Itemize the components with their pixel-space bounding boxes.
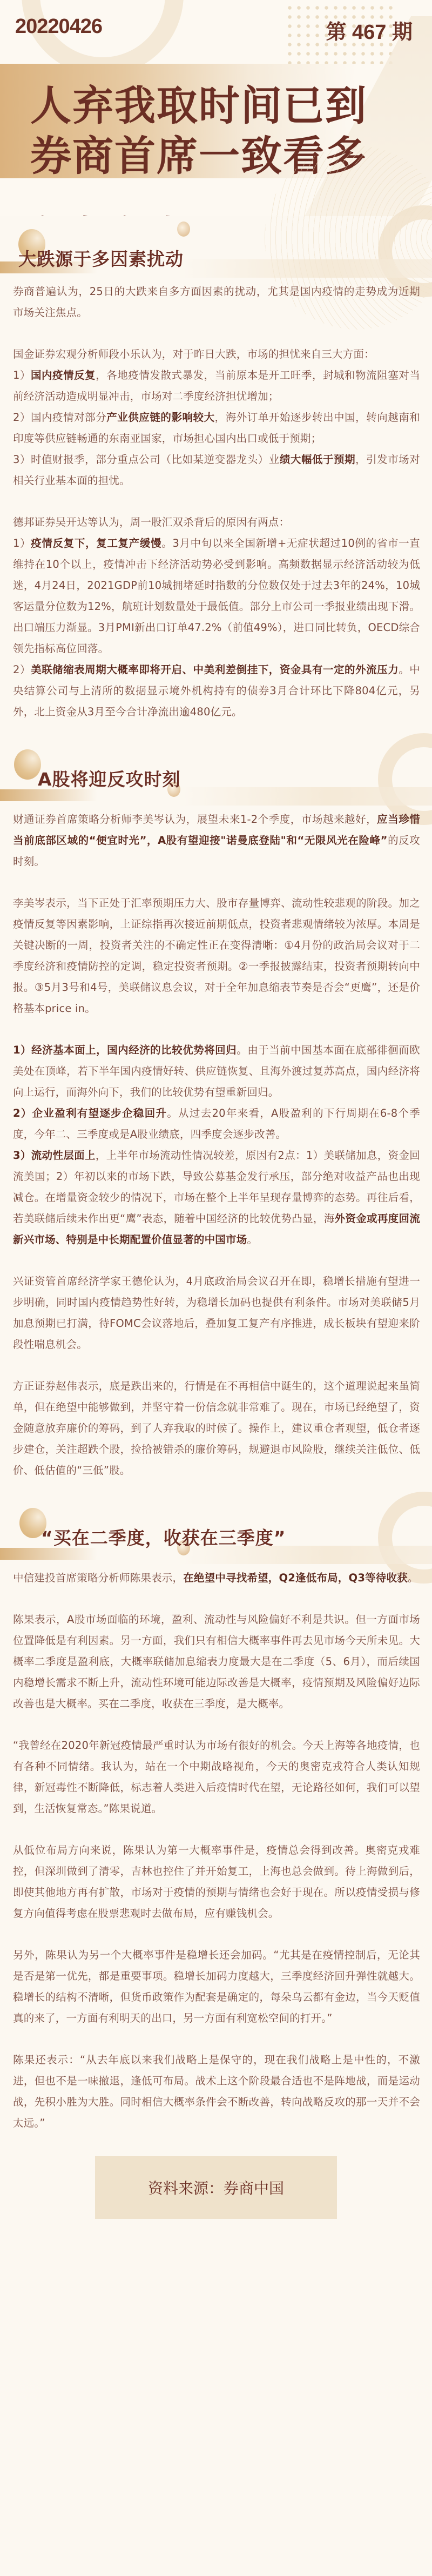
section-heading-block: 大跌源于多因素扰动 bbox=[0, 216, 432, 281]
paragraph: 陈果表示，A股市场面临的环境，盈利、流动性与风险偏好不利是共识。但一方面市场位置… bbox=[13, 1609, 420, 1714]
small-gold-ball-icon bbox=[177, 222, 190, 237]
article-page: 20220426 第 467 期 人弃我取时间已到 券商首席一致看多 有资有未 … bbox=[0, 0, 432, 2576]
source-attribution: 资料来源：券商中国 bbox=[95, 2156, 337, 2219]
issue-date: 20220426 bbox=[15, 15, 102, 38]
paragraph: “我曾经在2020年新冠疫情最严重时认为市场有很好的机会。今天上海等各地疫情，也… bbox=[13, 1735, 420, 1819]
section-content: 券商普遍认为，25日的大跌来自多方面因素的扰动，尤其是国内疫情的走势成为近期市场… bbox=[0, 281, 432, 722]
decorative-bar bbox=[178, 787, 432, 806]
paragraph: 国金证券宏观分析师段小乐认为，对于昨日大跌，市场的担忧来自三大方面：1）国内疫情… bbox=[13, 344, 420, 491]
gold-accent-bar bbox=[0, 1548, 97, 1560]
footer: 资料来源：券商中国 bbox=[0, 2134, 432, 2251]
paragraph: 1）经济基本面上，国内经济的比较优势将回归。由于当前中国基本面在底部徘徊而欧美处… bbox=[13, 1039, 420, 1250]
paragraph: 从低位布局方向来说，陈果认为第一大概率事件是，疫情总会得到改善。奥密克戎难控，但… bbox=[13, 1840, 420, 1924]
gold-accent-bar bbox=[0, 789, 97, 801]
paragraph: 方正证券赵伟表示，底是跌出来的，行情是在不再相信中诞生的，这个道理说起来虽简单，… bbox=[13, 1376, 420, 1481]
paragraph: 财通证券首席策略分析师李美岑认为，展望未来1-2个季度，市场越来越好，应当珍惜当… bbox=[13, 809, 420, 872]
section-heading: A股将迎反攻时刻 bbox=[38, 766, 181, 791]
column-name: 有资有未 bbox=[30, 207, 194, 216]
section-heading-block: “买在二季度，收获在三季度” bbox=[0, 1502, 432, 1567]
section-heading: “买在二季度，收获在三季度” bbox=[41, 1524, 286, 1549]
decorative-bar bbox=[178, 259, 432, 278]
section-heading-block: A股将迎反攻时刻 bbox=[0, 744, 432, 809]
section-content: 财通证券首席策略分析师李美岑认为，展望未来1-2个季度，市场越来越好，应当珍惜当… bbox=[0, 809, 432, 1481]
paragraph: 中信建投首席策略分析师陈果表示，在绝望中寻找希望，Q2逢低布局，Q3等待收获。 bbox=[13, 1567, 420, 1588]
paragraph: 李美岑表示，当下正处于汇率预期压力大、股市存量博弈、流动性较悲观的阶段。加之疫情… bbox=[13, 893, 420, 1019]
paragraph: 德邦证券吴开达等认为，周一股汇双杀背后的原因有两点：1）疫情反复下，复工复产缓慢… bbox=[13, 512, 420, 722]
section-1: 大跌源于多因素扰动 券商普遍认为，25日的大跌来自多方面因素的扰动，尤其是国内疫… bbox=[0, 216, 432, 722]
paragraph: 券商普遍认为，25日的大跌来自多方面因素的扰动，尤其是国内疫情的走势成为近期市场… bbox=[13, 281, 420, 323]
section-2: A股将迎反攻时刻 财通证券首席策略分析师李美岑认为，展望未来1-2个季度，市场越… bbox=[0, 744, 432, 1481]
section-content: 中信建投首席策略分析师陈果表示，在绝望中寻找希望，Q2逢低布局，Q3等待收获。 … bbox=[0, 1567, 432, 2134]
issue-number: 第 467 期 bbox=[326, 15, 413, 45]
paragraph: 另外，陈果认为另一个大概率事件是稳增长还会加码。“尤其是在疫情控制后，无论其是否… bbox=[13, 1944, 420, 2029]
gold-ball-icon bbox=[14, 749, 41, 780]
paragraph: 陈果还表示：“从去年底以来我们战略上是保守的，现在我们战略上是中性的，不激进，但… bbox=[13, 2049, 420, 2134]
paragraph: 兴证资管首席经济学家王德伦认为，4月底政治局会议召开在即，稳增长措施有望进一步明… bbox=[13, 1271, 420, 1355]
section-heading: 大跌源于多因素扰动 bbox=[18, 245, 184, 271]
section-3: “买在二季度，收获在三季度” 中信建投首席策略分析师陈果表示，在绝望中寻找希望，… bbox=[0, 1502, 432, 2134]
